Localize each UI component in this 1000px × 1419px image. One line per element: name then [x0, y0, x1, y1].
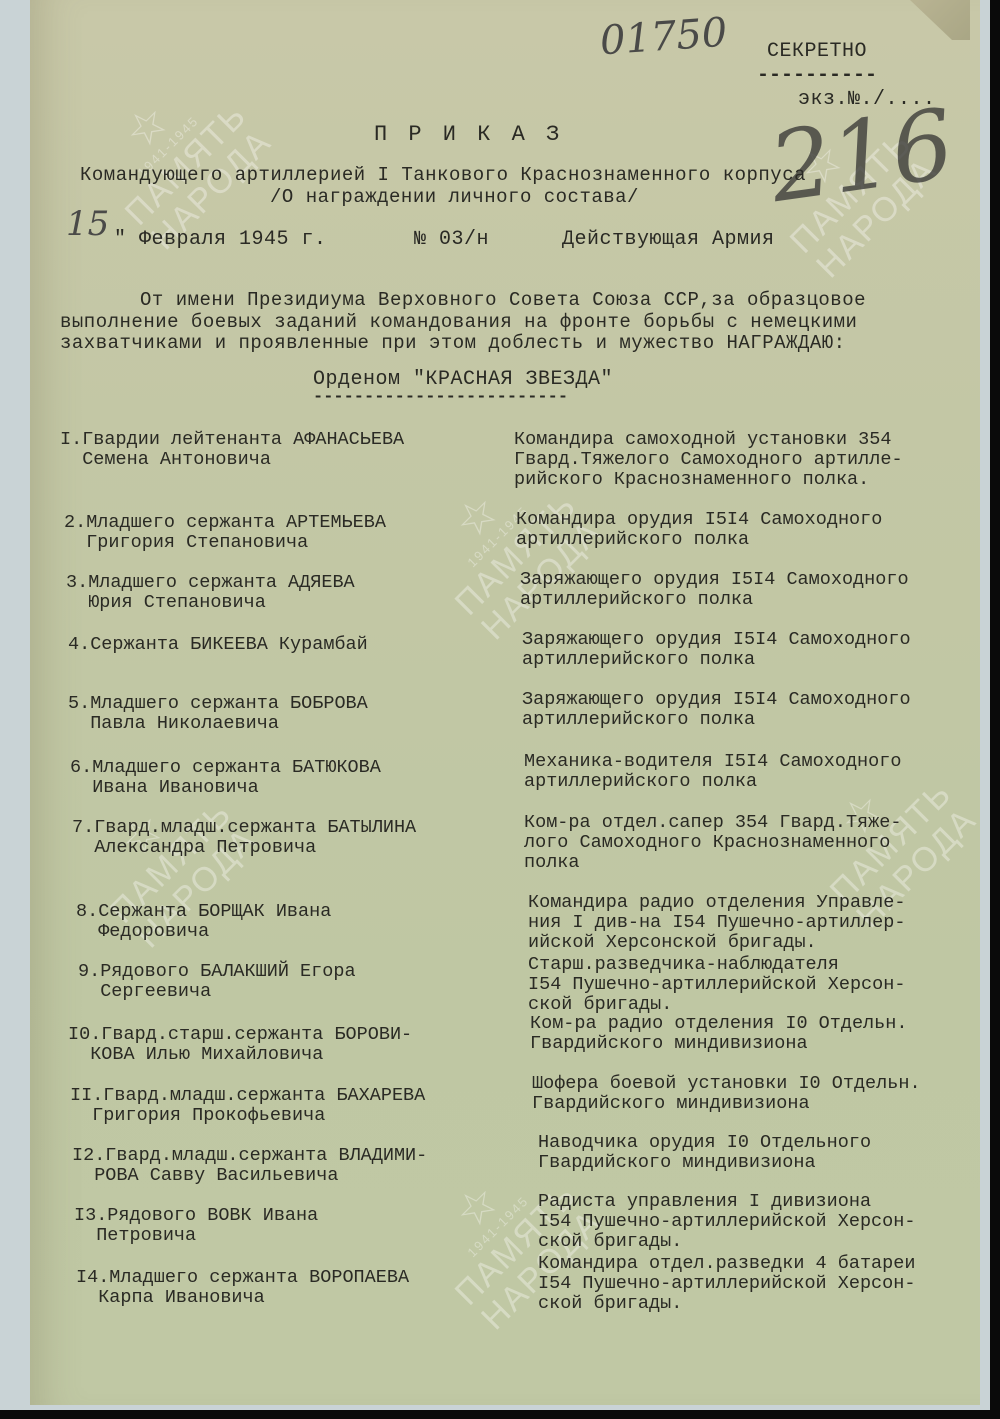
document-subtitle: Командующего артиллерией I Танкового Кра…: [80, 164, 806, 186]
classification-underline: ----------: [757, 64, 877, 87]
date-day: 15: [66, 204, 109, 244]
awardee-position: Командира радио отделения Управле- ния I…: [528, 893, 905, 953]
date-month-year: " Февраля 1945 г.: [114, 228, 327, 251]
awardee-position: Командира орудия I5I4 Самоходного артилл…: [516, 510, 882, 550]
classification-label: СЕКРЕТНО: [767, 40, 867, 63]
preamble-line-3: захватчиками и проявленные при этом добл…: [60, 332, 846, 354]
document-subject: /О награждении личного состава/: [270, 186, 639, 208]
awardee-position: Заряжающего орудия I5I4 Самоходного арти…: [522, 690, 911, 730]
preamble-line-2: выполнение боевых заданий командования н…: [60, 311, 857, 333]
awardee-name: 8.Сержанта БОРЩАК Ивана Федоровича: [76, 902, 331, 942]
awardee-position: Заряжающего орудия I5I4 Самоходного арти…: [520, 570, 909, 610]
awardee-position: Радиста управления I дивизиона I54 Пушеч…: [538, 1192, 915, 1252]
awardee-name: 9.Рядового БАЛАКШИЙ Егора Сергеевича: [78, 962, 356, 1002]
awardee-position: Старш.разведчика-наблюдателя I54 Пушечно…: [528, 955, 905, 1015]
awardee-position: Механика-водителя I5I4 Самоходного артил…: [524, 752, 901, 792]
awardee-position: Командира самоходной установки 354 Гвард…: [514, 430, 903, 490]
awardee-name: I3.Рядового ВОВК Ивана Петровича: [74, 1206, 318, 1246]
archive-number: 01750: [599, 10, 729, 65]
order-location: Действующая Армия: [562, 228, 775, 251]
awardee-name: 6.Младшего сержанта БАТЮКОВА Ивана Ивано…: [70, 758, 381, 798]
preamble-line-1: От имени Президиума Верховного Совета Со…: [140, 289, 866, 311]
awardee-name: 5.Младшего сержанта БОБРОВА Павла Никола…: [68, 694, 368, 734]
order-number: № 03/н: [414, 228, 489, 251]
awardee-position: Заряжающего орудия I5I4 Самоходного арти…: [522, 630, 911, 670]
awardee-name: I0.Гвард.старш.сержанта БОРОВИ- КОВА Иль…: [68, 1025, 412, 1065]
awardee-position: Наводчика орудия I0 Отдельного Гвардийск…: [538, 1133, 871, 1173]
folded-corner: [910, 0, 970, 40]
awardee-name: II.Гвард.младш.сержанта БАХАРЕВА Григори…: [70, 1086, 425, 1126]
awardee-name: 3.Младшего сержанта АДЯЕВА Юрия Степанов…: [66, 573, 355, 613]
awardee-position: Ком-ра отдел.сапер 354 Гвард.Тяже- лого …: [524, 813, 901, 873]
award-underline: -------------------------: [313, 388, 568, 407]
awardee-name: I4.Младшего сержанта ВОРОПАЕВА Карпа Ива…: [76, 1268, 409, 1308]
awardee-name: 7.Гвард.младш.сержанта БАТЫЛИНА Александ…: [72, 818, 416, 858]
awardee-name: I.Гвардии лейтенанта АФАНАСЬЕВА Семена А…: [60, 430, 404, 470]
awardee-name: 2.Младшего сержанта АРТЕМЬЕВА Григория С…: [64, 513, 386, 553]
awardee-name: 4.Сержанта БИКЕЕВА Курамбай: [68, 635, 368, 655]
sheet-number: 216: [763, 88, 960, 224]
document-page: ☆ 1941-1945 ПАМЯТЬ НАРОДА ☆ ПАМЯТЬ НАРОД…: [30, 0, 980, 1405]
awardee-position: Ком-ра радио отделения I0 Отдельн. Гвард…: [530, 1014, 907, 1054]
awardee-position: Шофера боевой установки I0 Отдельн. Гвар…: [532, 1074, 921, 1114]
star-icon: ☆: [406, 1135, 548, 1277]
awardee-position: Командира отдел.разведки 4 батареи I54 П…: [538, 1254, 915, 1314]
document-title: П Р И К А З: [374, 122, 563, 147]
awardee-name: I2.Гвард.младш.сержанта ВЛАДИМИ- РОВА Са…: [72, 1146, 427, 1186]
